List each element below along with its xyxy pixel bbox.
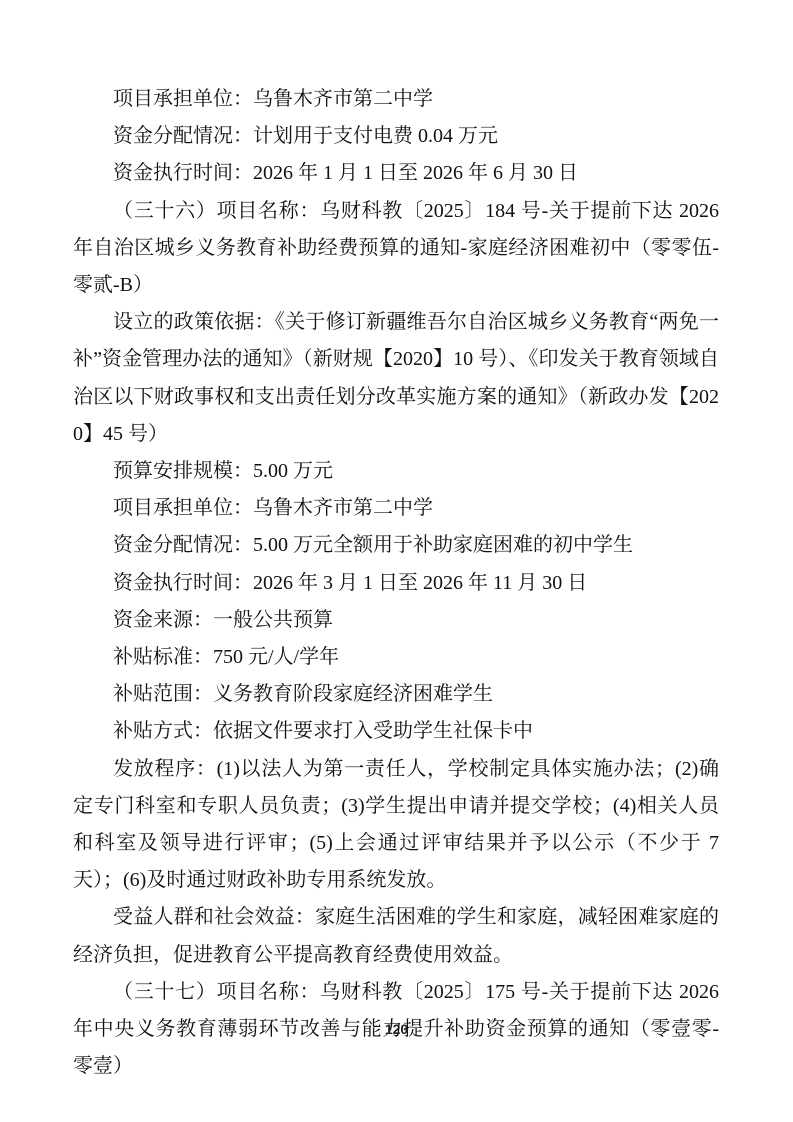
para-budget-scale: 预算安排规模：5.00 万元 (73, 453, 719, 490)
para-subsidy-scope: 补贴范围：义务教育阶段家庭经济困难学生 (73, 676, 719, 713)
para-beneficiaries-benefit: 受益人群和社会效益：家庭生活困难的学生和家庭，减轻困难家庭的经济负担，促进教育公… (73, 899, 719, 973)
para-fund-allocation: 资金分配情况：计划用于支付电费 0.04 万元 (73, 118, 719, 155)
para-item-36-title: （三十六）项目名称：乌财科教〔2025〕184 号-关于提前下达 2026 年自… (73, 193, 719, 305)
document-page: 项目承担单位：乌鲁木齐市第二中学 资金分配情况：计划用于支付电费 0.04 万元… (0, 0, 793, 1122)
para-policy-basis: 设立的政策依据：《关于修订新疆维吾尔自治区城乡义务教育“两免一补”资金管理办法的… (73, 304, 719, 453)
para-subsidy-method: 补贴方式：依据文件要求打入受助学生社保卡中 (73, 713, 719, 750)
page-number: 120 (0, 1021, 793, 1037)
para-undertaker-unit: 项目承担单位：乌鲁木齐市第二中学 (73, 81, 719, 118)
para-fund-execution-time: 资金执行时间：2026 年 1 月 1 日至 2026 年 6 月 30 日 (73, 155, 719, 192)
para-fund-source: 资金来源：一般公共预算 (73, 602, 719, 639)
para-undertaker-unit-2: 项目承担单位：乌鲁木齐市第二中学 (73, 490, 719, 527)
para-distribution-procedure: 发放程序：(1)以法人为第一责任人，学校制定具体实施办法；(2)确定专门科室和专… (73, 751, 719, 900)
para-subsidy-standard: 补贴标准：750 元/人/学年 (73, 639, 719, 676)
para-fund-execution-time-2: 资金执行时间：2026 年 3 月 1 日至 2026 年 11 月 30 日 (73, 565, 719, 602)
para-fund-allocation-2: 资金分配情况：5.00 万元全额用于补助家庭困难的初中学生 (73, 527, 719, 564)
document-body: 项目承担单位：乌鲁木齐市第二中学 资金分配情况：计划用于支付电费 0.04 万元… (73, 81, 719, 1085)
